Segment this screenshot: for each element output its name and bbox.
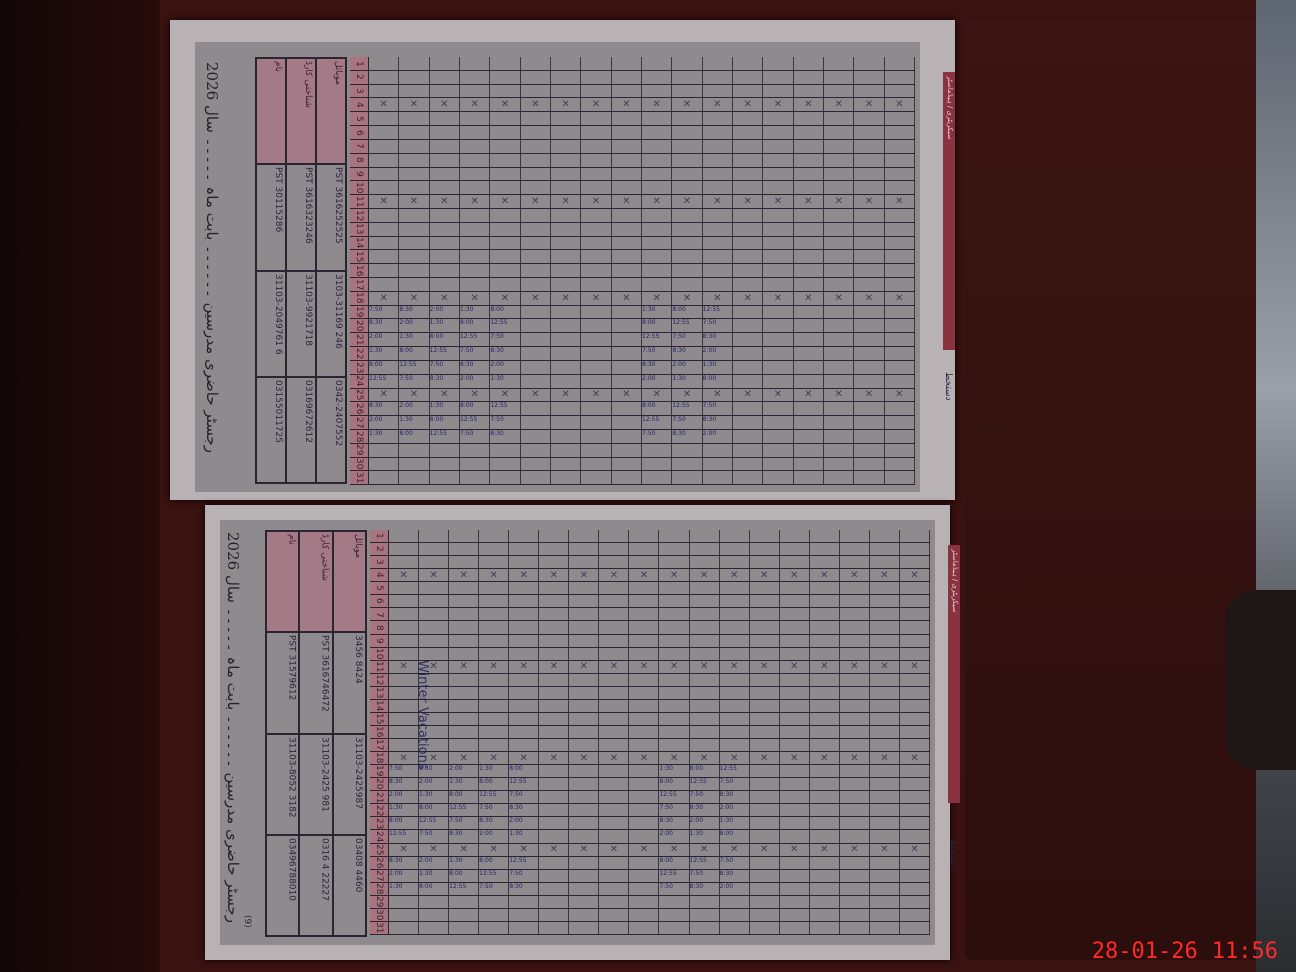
attendance-cell	[599, 883, 629, 895]
attendance-cell	[659, 739, 689, 751]
attendance-cell	[733, 57, 763, 70]
attendance-cell	[551, 264, 581, 277]
attendance-cell	[733, 319, 763, 332]
attendance-cell	[824, 444, 854, 457]
attendance-cell	[419, 635, 449, 647]
attendance-cell	[733, 126, 763, 139]
attendance-cell	[369, 278, 399, 291]
attendance-cell	[389, 896, 419, 908]
attendance-cell	[703, 237, 733, 250]
attendance-cell	[703, 140, 733, 153]
attendance-cell	[460, 471, 490, 484]
attendance-cell: 12:55	[659, 870, 689, 882]
day-number: 25	[350, 389, 369, 402]
attendance-cell	[612, 195, 642, 208]
attendance-cell	[885, 389, 915, 402]
info-header: نام	[266, 531, 299, 632]
attendance-cell	[824, 126, 854, 139]
attendance-cell	[629, 922, 659, 934]
day-number: 3	[370, 556, 389, 568]
attendance-cell: 7:50	[672, 416, 702, 429]
attendance-cell: 2:00	[690, 817, 720, 829]
attendance-cell	[599, 582, 629, 594]
attendance-cell	[870, 896, 900, 908]
info-cell: 31103-2425 981	[299, 734, 332, 835]
attendance-cell	[539, 791, 569, 803]
attendance-cell: 1:30	[490, 375, 520, 388]
attendance-cell: 12:55	[369, 375, 399, 388]
attendance-cell	[870, 817, 900, 829]
attendance-cell	[733, 223, 763, 236]
attendance-cell	[824, 416, 854, 429]
attendance-cell: 2:00	[659, 830, 689, 842]
attendance-cell	[854, 402, 884, 415]
attendance-cell	[539, 804, 569, 816]
attendance-cell	[629, 896, 659, 908]
attendance-cell	[870, 883, 900, 895]
attendance-cell	[733, 85, 763, 98]
attendance-cell	[369, 195, 399, 208]
attendance-cell	[703, 458, 733, 471]
attendance-cell	[733, 416, 763, 429]
attendance-cell	[854, 278, 884, 291]
attendance-cell	[419, 556, 449, 568]
attendance-cell	[551, 278, 581, 291]
attendance-cell: 2:00	[369, 416, 399, 429]
attendance-cell	[870, 621, 900, 633]
attendance-cell	[539, 817, 569, 829]
attendance-cell	[885, 416, 915, 429]
attendance-cell	[763, 333, 793, 346]
attendance-cell	[551, 195, 581, 208]
day-row: 17	[350, 278, 915, 292]
attendance-cell	[599, 608, 629, 620]
attendance-cell	[672, 458, 702, 471]
attendance-cell	[810, 543, 840, 555]
attendance-cell	[780, 857, 810, 869]
attendance-cell	[763, 126, 793, 139]
attendance-cell	[720, 582, 750, 594]
attendance-cell	[810, 595, 840, 607]
attendance-cell: 8:00	[430, 416, 460, 429]
attendance-cell	[612, 416, 642, 429]
attendance-cell	[733, 112, 763, 125]
attendance-cell	[612, 292, 642, 305]
day-row: 212:001:308:0012:557:5012:557:508:30	[370, 791, 930, 804]
attendance-cell	[449, 556, 479, 568]
attendance-cell	[551, 250, 581, 263]
attendance-cell	[733, 264, 763, 277]
day-row: 2412:557:508:302:001:302:001:308:00	[350, 375, 915, 389]
attendance-cell	[430, 209, 460, 222]
attendance-cell	[672, 112, 702, 125]
attendance-cell	[460, 223, 490, 236]
attendance-cell	[733, 140, 763, 153]
day-row: 221:308:0012:557:508:307:508:302:00	[350, 347, 915, 361]
attendance-cell	[460, 140, 490, 153]
attendance-cell	[763, 319, 793, 332]
attendance-cell	[399, 389, 429, 402]
attendance-cell	[720, 713, 750, 725]
attendance-cell: 7:50	[690, 791, 720, 803]
attendance-cell	[659, 595, 689, 607]
attendance-cell	[780, 817, 810, 829]
attendance-cell	[900, 687, 930, 699]
attendance-cell	[612, 471, 642, 484]
day-row: 2	[370, 543, 930, 556]
attendance-cell: 2:00	[509, 817, 539, 829]
attendance-cell: 8:00	[430, 333, 460, 346]
attendance-cell	[885, 264, 915, 277]
attendance-cell	[521, 389, 551, 402]
attendance-cell	[642, 71, 672, 84]
attendance-cell	[399, 250, 429, 263]
day-row: 16	[350, 264, 915, 278]
day-row: 3	[350, 85, 915, 99]
attendance-cell	[672, 154, 702, 167]
attendance-cell	[629, 648, 659, 660]
attendance-cell	[703, 444, 733, 457]
day-number: 28	[370, 883, 389, 895]
attendance-cell: 8:00	[479, 778, 509, 790]
attendance-cell	[659, 661, 689, 673]
attendance-cell	[900, 608, 930, 620]
day-number: 25	[370, 844, 389, 856]
attendance-cell	[900, 726, 930, 738]
attendance-cell	[629, 870, 659, 882]
attendance-cell	[900, 569, 930, 581]
attendance-cell	[399, 57, 429, 70]
attendance-cell	[672, 168, 702, 181]
attendance-cell	[612, 237, 642, 250]
attendance-cell	[551, 389, 581, 402]
attendance-cell	[581, 319, 611, 332]
attendance-cell	[824, 195, 854, 208]
attendance-cell	[521, 458, 551, 471]
attendance-cell	[642, 264, 672, 277]
attendance-cell	[399, 154, 429, 167]
attendance-cell	[449, 922, 479, 934]
attendance-cell	[521, 264, 551, 277]
attendance-cell: 8:30	[659, 817, 689, 829]
attendance-cell	[703, 195, 733, 208]
attendance-cell	[780, 713, 810, 725]
attendance-cell	[629, 595, 659, 607]
attendance-cell	[900, 595, 930, 607]
attendance-cell: 1:30	[449, 857, 479, 869]
attendance-cell	[900, 582, 930, 594]
attendance-cell: 12:55	[490, 319, 520, 332]
attendance-cell	[490, 181, 520, 194]
attendance-cell	[479, 621, 509, 633]
attendance-cell	[690, 635, 720, 647]
attendance-cell	[763, 195, 793, 208]
attendance-cell	[854, 347, 884, 360]
attendance-cell	[490, 168, 520, 181]
attendance-cell: 7:50	[703, 319, 733, 332]
attendance-cell	[509, 752, 539, 764]
attendance-cell	[854, 181, 884, 194]
attendance-cell	[824, 168, 854, 181]
attendance-cell	[369, 444, 399, 457]
day-number: 22	[350, 347, 369, 360]
attendance-cell	[885, 361, 915, 374]
day-row: 14	[370, 700, 930, 713]
attendance-cell: 8:30	[720, 791, 750, 803]
attendance-cell: 8:00	[449, 870, 479, 882]
attendance-cell	[581, 430, 611, 443]
attendance-cell	[509, 896, 539, 908]
attendance-cell	[780, 739, 810, 751]
attendance-cell	[900, 896, 930, 908]
attendance-cell	[854, 306, 884, 319]
attendance-cell: 8:30	[690, 804, 720, 816]
day-row: 8	[350, 154, 915, 168]
attendance-cell	[509, 713, 539, 725]
attendance-cell	[369, 57, 399, 70]
attendance-cell	[569, 765, 599, 777]
attendance-cell	[763, 430, 793, 443]
attendance-cell	[824, 333, 854, 346]
attendance-cell	[490, 85, 520, 98]
attendance-cell	[389, 635, 419, 647]
attendance-cell	[885, 402, 915, 415]
attendance-cell	[369, 209, 399, 222]
attendance-cell	[672, 278, 702, 291]
attendance-cell	[389, 543, 419, 555]
attendance-cell	[449, 896, 479, 908]
day-row: 7	[350, 140, 915, 154]
attendance-cell	[794, 319, 824, 332]
info-cell: 31103-8052 3182	[266, 734, 299, 835]
attendance-cell	[389, 556, 419, 568]
attendance-cell	[460, 458, 490, 471]
attendance-cell	[885, 471, 915, 484]
attendance-cell	[900, 909, 930, 921]
attendance-cell	[642, 181, 672, 194]
attendance-cell	[840, 582, 870, 594]
attendance-cell	[551, 430, 581, 443]
attendance-cell	[733, 306, 763, 319]
attendance-cell	[690, 530, 720, 542]
attendance-cell	[870, 556, 900, 568]
attendance-cell	[551, 444, 581, 457]
attendance-cell	[521, 98, 551, 111]
attendance-cell	[599, 765, 629, 777]
attendance-cell	[870, 648, 900, 660]
day-row: 16	[370, 726, 930, 739]
attendance-cell	[430, 71, 460, 84]
info-cell: 03496788010	[266, 835, 299, 936]
attendance-cell	[870, 804, 900, 816]
attendance-cell	[539, 713, 569, 725]
attendance-cell	[599, 621, 629, 633]
attendance-cell	[885, 375, 915, 388]
attendance-cell	[599, 844, 629, 856]
attendance-cell	[854, 264, 884, 277]
attendance-cell	[612, 306, 642, 319]
day-row: 25	[370, 844, 930, 857]
attendance-cell: 7:50	[479, 804, 509, 816]
attendance-cell	[854, 237, 884, 250]
attendance-cell	[703, 250, 733, 263]
day-row: 208:302:001:308:0012:558:0012:557:50	[370, 778, 930, 791]
day-number: 8	[370, 621, 389, 633]
attendance-cell	[840, 739, 870, 751]
attendance-cell	[703, 278, 733, 291]
attendance-cell	[509, 621, 539, 633]
attendance-cell	[750, 674, 780, 686]
attendance-cell: 8:00	[449, 791, 479, 803]
attendance-cell	[581, 264, 611, 277]
attendance-cell	[810, 844, 840, 856]
attendance-cell	[642, 126, 672, 139]
attendance-cell	[490, 444, 520, 457]
attendance-cell: 2:00	[720, 804, 750, 816]
day-row: 14	[350, 237, 915, 251]
day-row: 1	[350, 57, 915, 71]
attendance-cell: 12:55	[430, 430, 460, 443]
attendance-cell: 8:00	[419, 804, 449, 816]
attendance-cell	[885, 85, 915, 98]
attendance-cell	[369, 140, 399, 153]
attendance-cell	[612, 444, 642, 457]
attendance-cell	[629, 739, 659, 751]
attendance-cell	[430, 292, 460, 305]
attendance-cell	[840, 661, 870, 673]
attendance-cell: 7:50	[430, 361, 460, 374]
attendance-cell	[672, 140, 702, 153]
attendance-cell	[720, 595, 750, 607]
attendance-cell	[763, 278, 793, 291]
attendance-cell	[399, 444, 429, 457]
info-cell: PST 3616252525	[316, 164, 346, 270]
attendance-cell: 8:30	[672, 430, 702, 443]
attendance-cell	[824, 154, 854, 167]
attendance-cell	[629, 635, 659, 647]
attendance-cell	[750, 909, 780, 921]
attendance-cell	[780, 791, 810, 803]
attendance-cell: 8:30	[720, 870, 750, 882]
attendance-cell	[449, 595, 479, 607]
attendance-cell	[854, 416, 884, 429]
attendance-cell	[612, 333, 642, 346]
attendance-cell: 2:00	[703, 430, 733, 443]
attendance-cell	[539, 621, 569, 633]
attendance-cell	[551, 168, 581, 181]
attendance-cell	[629, 804, 659, 816]
attendance-cell	[672, 181, 702, 194]
attendance-cell	[885, 112, 915, 125]
attendance-cell	[430, 168, 460, 181]
attendance-cell	[460, 85, 490, 98]
attendance-cell	[750, 595, 780, 607]
day-row: 30	[350, 458, 915, 472]
attendance-cell	[539, 870, 569, 882]
day-row: 238:0012:557:508:302:008:302:001:30	[350, 361, 915, 375]
attendance-cell	[720, 752, 750, 764]
attendance-cell	[430, 389, 460, 402]
attendance-cell	[629, 791, 659, 803]
attendance-cell	[794, 416, 824, 429]
attendance-cell	[430, 154, 460, 167]
day-row: 18	[370, 752, 930, 765]
attendance-cell	[840, 922, 870, 934]
attendance-cell	[750, 922, 780, 934]
attendance-cell	[581, 85, 611, 98]
attendance-cell	[703, 154, 733, 167]
attendance-cell	[581, 71, 611, 84]
attendance-cell: 1:30	[449, 778, 479, 790]
attendance-cell: 7:50	[659, 804, 689, 816]
attendance-cell: 1:30	[399, 333, 429, 346]
attendance-cell	[569, 909, 599, 921]
attendance-cell	[521, 154, 551, 167]
attendance-cell: 7:50	[642, 347, 672, 360]
attendance-cell	[430, 85, 460, 98]
attendance-cell	[569, 713, 599, 725]
attendance-cell: 7:50	[369, 306, 399, 319]
attendance-cell	[479, 896, 509, 908]
day-number: 17	[370, 739, 389, 751]
attendance-cell: 8:30	[509, 883, 539, 895]
attendance-cell	[703, 292, 733, 305]
attendance-cell	[569, 883, 599, 895]
attendance-cell	[509, 543, 539, 555]
attendance-cell	[581, 292, 611, 305]
attendance-cell	[521, 237, 551, 250]
attendance-cell	[824, 209, 854, 222]
attendance-cell	[794, 195, 824, 208]
attendance-cell	[763, 223, 793, 236]
attendance-cell: 8:30	[490, 430, 520, 443]
day-row: 6	[370, 595, 930, 608]
day-number: 3	[350, 85, 369, 98]
attendance-cell	[551, 181, 581, 194]
attendance-cell	[870, 791, 900, 803]
day-number: 30	[370, 909, 389, 921]
attendance-cell	[581, 347, 611, 360]
attendance-cell	[509, 635, 539, 647]
attendance-cell	[490, 458, 520, 471]
attendance-cell	[840, 752, 870, 764]
day-number: 19	[350, 306, 369, 319]
attendance-cell	[763, 471, 793, 484]
attendance-cell	[369, 126, 399, 139]
attendance-cell	[581, 126, 611, 139]
attendance-cell	[509, 648, 539, 660]
attendance-cell	[720, 726, 750, 738]
attendance-cell	[551, 126, 581, 139]
attendance-cell	[599, 674, 629, 686]
attendance-cell	[900, 778, 930, 790]
attendance-cell	[854, 126, 884, 139]
attendance-cell: 1:30	[720, 817, 750, 829]
attendance-cell	[551, 154, 581, 167]
attendance-cell	[690, 556, 720, 568]
attendance-cell	[659, 569, 689, 581]
attendance-cell	[551, 402, 581, 415]
attendance-cell	[539, 857, 569, 869]
attendance-cell	[479, 556, 509, 568]
attendance-cell	[794, 181, 824, 194]
day-row: 10	[370, 648, 930, 661]
attendance-cell	[840, 635, 870, 647]
attendance-cell	[885, 237, 915, 250]
attendance-cell	[399, 71, 429, 84]
attendance-cell	[490, 195, 520, 208]
attendance-cell	[824, 250, 854, 263]
